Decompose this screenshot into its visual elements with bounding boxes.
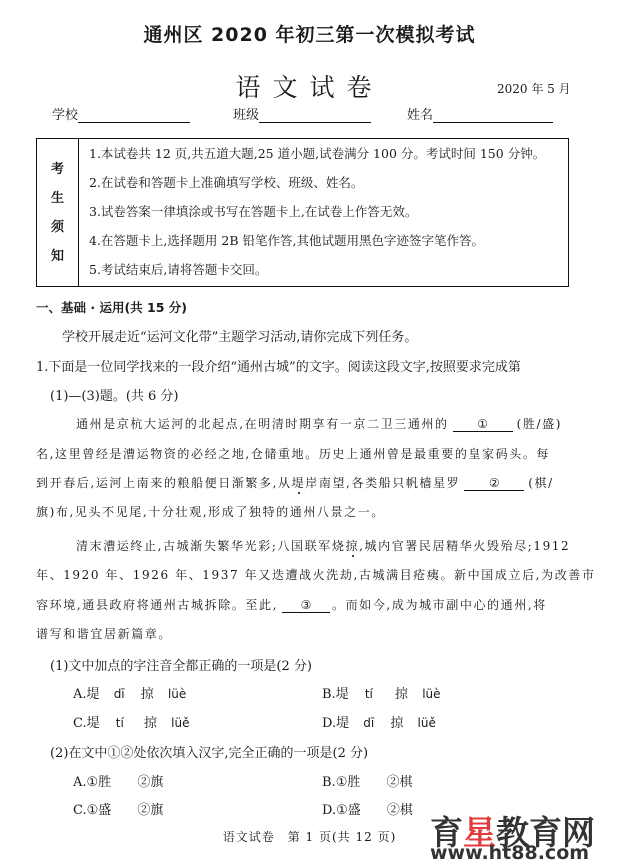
exam-date: 2020 年 5 月 (497, 80, 571, 97)
question-stem-line2: (1)—(3)题。(共 6 分) (50, 385, 179, 404)
passage-line: 通州是京杭大运河的北起点,在明清时期享有一京二卫三通州的①(胜/盛) (76, 415, 562, 432)
option-char: 堤 (336, 716, 349, 731)
passage-line: 清末漕运终止,古城渐失繁华光彩;八国联军烧掠,城内官署民居精华火毁殆尽;1912 (76, 537, 570, 554)
option-letter: A. (73, 775, 87, 790)
option-answer: ①胜 (87, 775, 112, 790)
watermark-url: www.ht88.com (430, 842, 589, 864)
option-d[interactable]: D.堤 dī 掠 lüě (322, 712, 436, 731)
passage-text: ,城内官署民居精华火毁殆尽;1912 (359, 539, 570, 553)
option-char: 掠 (395, 687, 408, 702)
option-a[interactable]: A.①胜 ②旗 (73, 771, 163, 790)
passage-line: 谱写和谐宜居新篇章。 (36, 625, 172, 642)
option-pinyin: lüě (418, 716, 436, 730)
passage-text: 。而如今,成为城市副中心的通州,将 (332, 598, 547, 612)
option-c[interactable]: C.堤 tí 掠 lüě (73, 712, 189, 731)
option-c[interactable]: C.①盛 ②旗 (73, 799, 163, 818)
option-char: 掠 (390, 716, 403, 731)
name-input-line[interactable] (433, 108, 553, 123)
section-intro: 学校开展走近“运河文化带”主题学习活动,请你完成下列任务。 (62, 326, 417, 345)
option-char: 掠 (141, 687, 154, 702)
class-field[interactable]: 班级 (233, 104, 371, 123)
passage-text: 容环境,通县政府将通州古城拆除。至此, (36, 598, 278, 612)
passage-text: (胜/盛) (517, 417, 562, 431)
notice-heading: 考 生 须 知 (37, 139, 79, 286)
passage-line: 容环境,通县政府将通州古城拆除。至此,③。而如今,成为城市副中心的通州,将 (36, 596, 547, 613)
question-stem-line1: 1.下面是一位同学找来的一段介绍“通州古城”的文字。阅读这段文字,按照要求完成第 (36, 356, 521, 375)
option-a[interactable]: A.堤 dī 掠 lüè (73, 683, 186, 702)
option-letter: D. (322, 716, 336, 731)
option-answer: ②旗 (137, 775, 163, 790)
option-letter: C. (73, 803, 87, 818)
notice-heading-char: 考 (51, 155, 64, 184)
passage-line: 年、1920 年、1926 年、1937 年又迭遭战火洗劫,古城满目疮痍。新中国… (36, 566, 596, 583)
option-pinyin: lüè (422, 687, 440, 701)
dotted-char: 堤 (292, 476, 306, 490)
class-input-line[interactable] (259, 108, 371, 123)
option-pinyin: dī (114, 687, 125, 701)
option-letter: A. (73, 687, 87, 702)
passage-text: 清末漕运终止,古城渐失繁华光彩;八国联军烧 (76, 539, 345, 553)
dotted-char: 掠 (345, 539, 359, 553)
exam-title: 通州区 2020 年初三第一次模拟考试 (0, 20, 619, 47)
passage-text: (棋/ (528, 476, 554, 490)
option-char: 堤 (336, 687, 349, 702)
notice-item: 1.本试卷共 12 页,共五道大题,25 道小题,试卷满分 100 分。考试时间… (89, 144, 568, 173)
school-input-line[interactable] (78, 108, 190, 123)
notice-heading-char: 须 (51, 213, 64, 242)
option-char: 掠 (144, 716, 157, 731)
option-pinyin: lüě (171, 716, 189, 730)
class-label: 班级 (233, 108, 259, 123)
notice-item: 5.考试结束后,请将答题卡交回。 (89, 260, 568, 289)
option-answer: ①盛 (336, 803, 361, 818)
option-answer: ②棋 (387, 803, 413, 818)
notice-item: 4.在答题卡上,选择题用 2B 铅笔作答,其他试题用黑色字迹签字笔作答。 (89, 231, 568, 260)
option-letter: C. (73, 716, 87, 731)
blank-3[interactable]: ③ (282, 598, 330, 613)
name-field[interactable]: 姓名 (407, 104, 553, 123)
option-pinyin: dī (363, 716, 374, 730)
passage-line: 名,这里曾经是漕运物资的必经之地,仓储重地。历史上通州曾是最重要的皇家码头。每 (36, 445, 550, 462)
school-label: 学校 (52, 108, 78, 123)
section-heading: 一、基础 · 运用(共 15 分) (36, 298, 187, 316)
option-char: 堤 (87, 716, 100, 731)
option-letter: D. (322, 803, 336, 818)
school-field[interactable]: 学校 (52, 104, 190, 123)
passage-line: 到开春后,运河上南来的粮船便日渐繁多,从堤岸南望,各类船只帆樯星罗②(棋/ (36, 474, 554, 491)
option-answer: ①盛 (87, 803, 112, 818)
option-answer: ①胜 (336, 775, 361, 790)
passage-text: 到开春后,运河上南来的粮船便日渐繁多,从 (36, 476, 292, 490)
blank-1[interactable]: ① (453, 417, 513, 432)
option-char: 堤 (87, 687, 100, 702)
sub-question-2-stem: (2)在文中①②处依次填入汉字,完全正确的一项是(2 分) (50, 742, 368, 761)
option-pinyin: lüè (168, 687, 186, 701)
option-letter: B. (322, 775, 336, 790)
option-pinyin: tí (116, 716, 124, 730)
notice-item: 3.试卷答案一律填涂或书写在答题卡上,在试卷上作答无效。 (89, 202, 568, 231)
option-b[interactable]: B.①胜 ②棋 (322, 771, 413, 790)
notice-items: 1.本试卷共 12 页,共五道大题,25 道小题,试卷满分 100 分。考试时间… (79, 139, 568, 286)
sub-question-1-stem: (1)文中加点的字注音全都正确的一项是(2 分) (50, 655, 312, 674)
passage-line: 旗)布,见头不见尾,十分壮观,形成了独特的通州八景之一。 (36, 503, 385, 520)
name-label: 姓名 (407, 108, 433, 123)
blank-2[interactable]: ② (464, 476, 524, 491)
option-letter: B. (322, 687, 336, 702)
option-b[interactable]: B.堤 tí 掠 lüè (322, 683, 441, 702)
notice-item: 2.在试卷和答题卡上准确填写学校、班级、姓名。 (89, 173, 568, 202)
notice-box: 考 生 须 知 1.本试卷共 12 页,共五道大题,25 道小题,试卷满分 10… (36, 138, 569, 287)
option-answer: ②旗 (137, 803, 163, 818)
option-d[interactable]: D.①盛 ②棋 (322, 799, 413, 818)
notice-heading-char: 知 (51, 242, 64, 271)
notice-heading-char: 生 (51, 184, 64, 213)
option-answer: ②棋 (386, 775, 412, 790)
option-pinyin: tí (365, 687, 373, 701)
passage-text: 通州是京杭大运河的北起点,在明清时期享有一京二卫三通州的 (76, 417, 449, 431)
passage-text: 岸南望,各类船只帆樯星罗 (305, 476, 460, 490)
